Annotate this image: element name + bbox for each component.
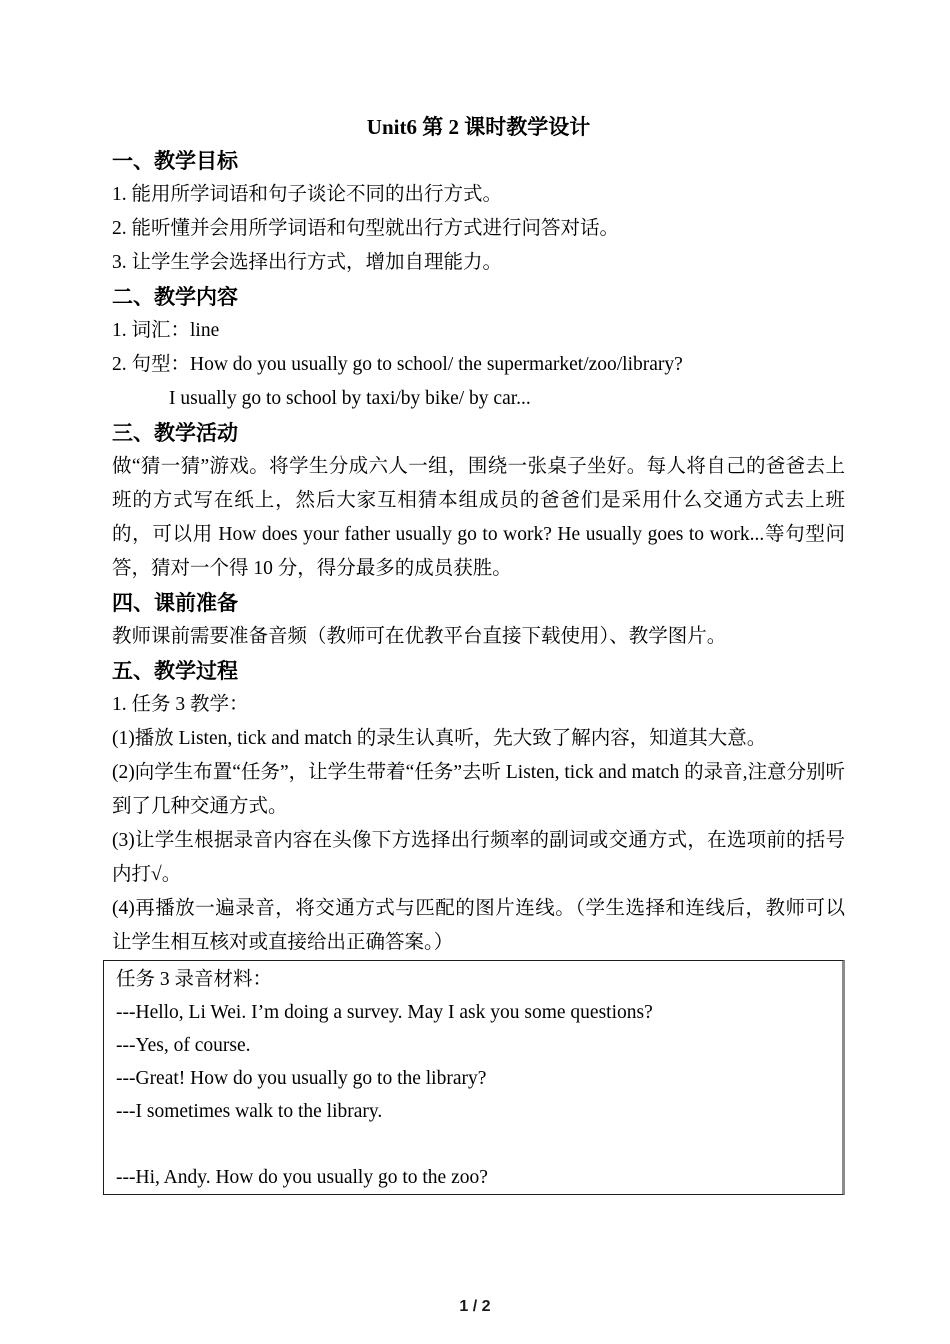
section-heading-preparation: 四、课前准备 [112,586,845,620]
paragraph: 1. 任务 3 教学： [112,688,845,722]
document-title: Unit6 第 2 课时教学设计 [112,110,845,144]
paragraph: 1. 能用所学词语和句子谈论不同的出行方式。 [112,178,845,212]
section-heading-contents: 二、教学内容 [112,280,845,314]
paragraph: (2)向学生布置“任务”，让学生带着“任务”去听 Listen, tick an… [112,756,845,824]
section-heading-objectives: 一、教学目标 [112,144,845,178]
paragraph: (4)再播放一遍录音，将交通方式与匹配的图片连线。（学生选择和连线后，教师可以让… [112,892,845,960]
transcript-line: ---Yes, of course. [116,1029,832,1062]
paragraph: I usually go to school by taxi/by bike/ … [112,382,845,416]
transcript-line: ---Hi, Andy. How do you usually go to th… [116,1161,832,1194]
transcript-box-label: 任务 3 录音材料： [116,963,832,996]
section-heading-activities: 三、教学活动 [112,416,845,450]
paragraph: (1)播放 Listen, tick and match 的录生认真听，先大致了… [112,722,845,756]
transcript-blank-line [116,1128,832,1161]
transcript-line: ---I sometimes walk to the library. [116,1095,832,1128]
document-page: Unit6 第 2 课时教学设计 一、教学目标 1. 能用所学词语和句子谈论不同… [0,0,950,1344]
page-number: 1 / 2 [0,1298,950,1316]
paragraph: 教师课前需要准备音频（教师可在优教平台直接下载使用）、教学图片。 [112,620,845,654]
paragraph: (3)让学生根据录音内容在头像下方选择出行频率的副词或交通方式，在选项前的括号内… [112,824,845,892]
page-number-text: 1 / 2 [459,1298,490,1315]
document-body: Unit6 第 2 课时教学设计 一、教学目标 1. 能用所学词语和句子谈论不同… [112,110,845,1195]
section-heading-process: 五、教学过程 [112,654,845,688]
transcript-line: ---Hello, Li Wei. I’m doing a survey. Ma… [116,996,832,1029]
transcript-line: ---Great! How do you usually go to the l… [116,1062,832,1095]
paragraph: 2. 句型：How do you usually go to school/ t… [112,348,845,382]
paragraph: 3. 让学生学会选择出行方式，增加自理能力。 [112,246,845,280]
paragraph: 1. 词汇：line [112,314,845,348]
paragraph: 做“猜一猜”游戏。将学生分成六人一组，围绕一张桌子坐好。每人将自己的爸爸去上班的… [112,450,845,586]
paragraph: 2. 能听懂并会用所学词语和句型就出行方式进行问答对话。 [112,212,845,246]
transcript-box: 任务 3 录音材料： ---Hello, Li Wei. I’m doing a… [103,960,845,1195]
